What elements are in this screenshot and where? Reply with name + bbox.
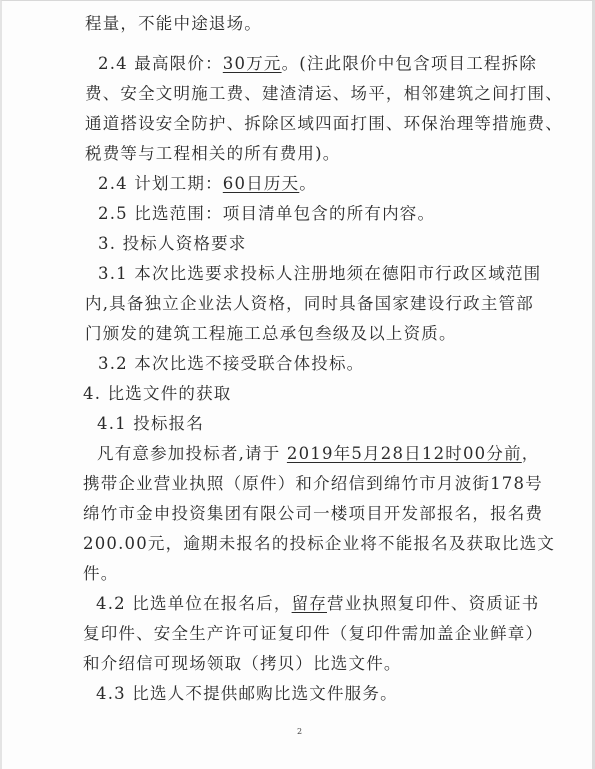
section-heading: 4. 比选文件的获取 [83, 384, 232, 404]
underlined-value: 30万元 [223, 54, 282, 73]
text-line: 4.3 比选人不提供邮购比选文件服务。 [96, 684, 398, 704]
text-segment: 。 [299, 174, 317, 193]
text-line: 内,具备独立企业法人资格，同时具备国家建设行政主管部 [85, 294, 534, 314]
text-line: 税费等与工程相关的所有费用)。 [85, 144, 340, 164]
underlined-value: 2019年5月28日12时00分前 [287, 444, 522, 463]
text-line: 200.00元，逾期未报名的投标企业将不能报名及获取比选文 [83, 534, 555, 554]
text-segment: 。(注此限价中包含项目工程拆除 [282, 54, 537, 73]
subsection-heading: 4.1 投标报名 [97, 414, 204, 434]
text-line: 程量，不能中途退场。 [85, 14, 262, 34]
text-line: 3.2 本次比选不接受联合体投标。 [98, 354, 364, 374]
text-line: 门颁发的建筑工程施工总承包叁级及以上资质。 [85, 324, 457, 344]
text-line: 3.1 本次比选要求投标人注册地须在德阳市行政区域范围 [98, 264, 541, 284]
text-line: 绵竹市金申投资集团有限公司一楼项目开发部报名，报名费 [83, 504, 543, 524]
text-segment: 2.4 计划工期： [98, 174, 223, 193]
text-segment: 营业执照复印件、资质证书 [327, 594, 539, 613]
text-line: 件。 [83, 564, 118, 584]
text-line: 费、安全文明施工费、建渣清运、场平，相邻建筑之间打围、 [85, 84, 563, 104]
text-line-deadline: 凡有意参加投标者,请于 2019年5月28日12时00分前， [97, 444, 539, 464]
underlined-value: 60日历天 [223, 174, 300, 193]
text-line-retain: 4.2 比选单位在报名后，留存营业执照复印件、资质证书 [96, 594, 539, 614]
text-line: 通道搭设安全防护、拆除区域四面打围、环保治理等措施费、 [85, 114, 563, 134]
text-line: 复印件、安全生产许可证复印件（复印件需加盖企业鲜章） [83, 624, 543, 644]
text-line-max-price: 2.4 最高限价：30万元。(注此限价中包含项目工程拆除 [98, 54, 537, 74]
underlined-value: 留存 [292, 594, 327, 613]
document-page: 程量，不能中途退场。 2.4 最高限价：30万元。(注此限价中包含项目工程拆除 … [0, 0, 595, 769]
text-segment: 凡有意参加投标者,请于 [97, 444, 287, 463]
section-heading: 3. 投标人资格要求 [98, 234, 247, 254]
text-segment: 4.2 比选单位在报名后， [96, 594, 292, 613]
text-segment: 2.4 最高限价： [98, 54, 223, 73]
text-line-duration: 2.4 计划工期：60日历天。 [98, 174, 317, 194]
text-line: 和介绍信可现场领取（拷贝）比选文件。 [83, 654, 402, 674]
page-number: 2 [2, 727, 595, 736]
text-line: 携带企业营业执照（原件）和介绍信到绵竹市月波街178号 [83, 474, 543, 494]
text-segment: ， [522, 444, 540, 463]
text-line: 2.5 比选范围：项目清单包含的所有内容。 [98, 204, 435, 224]
